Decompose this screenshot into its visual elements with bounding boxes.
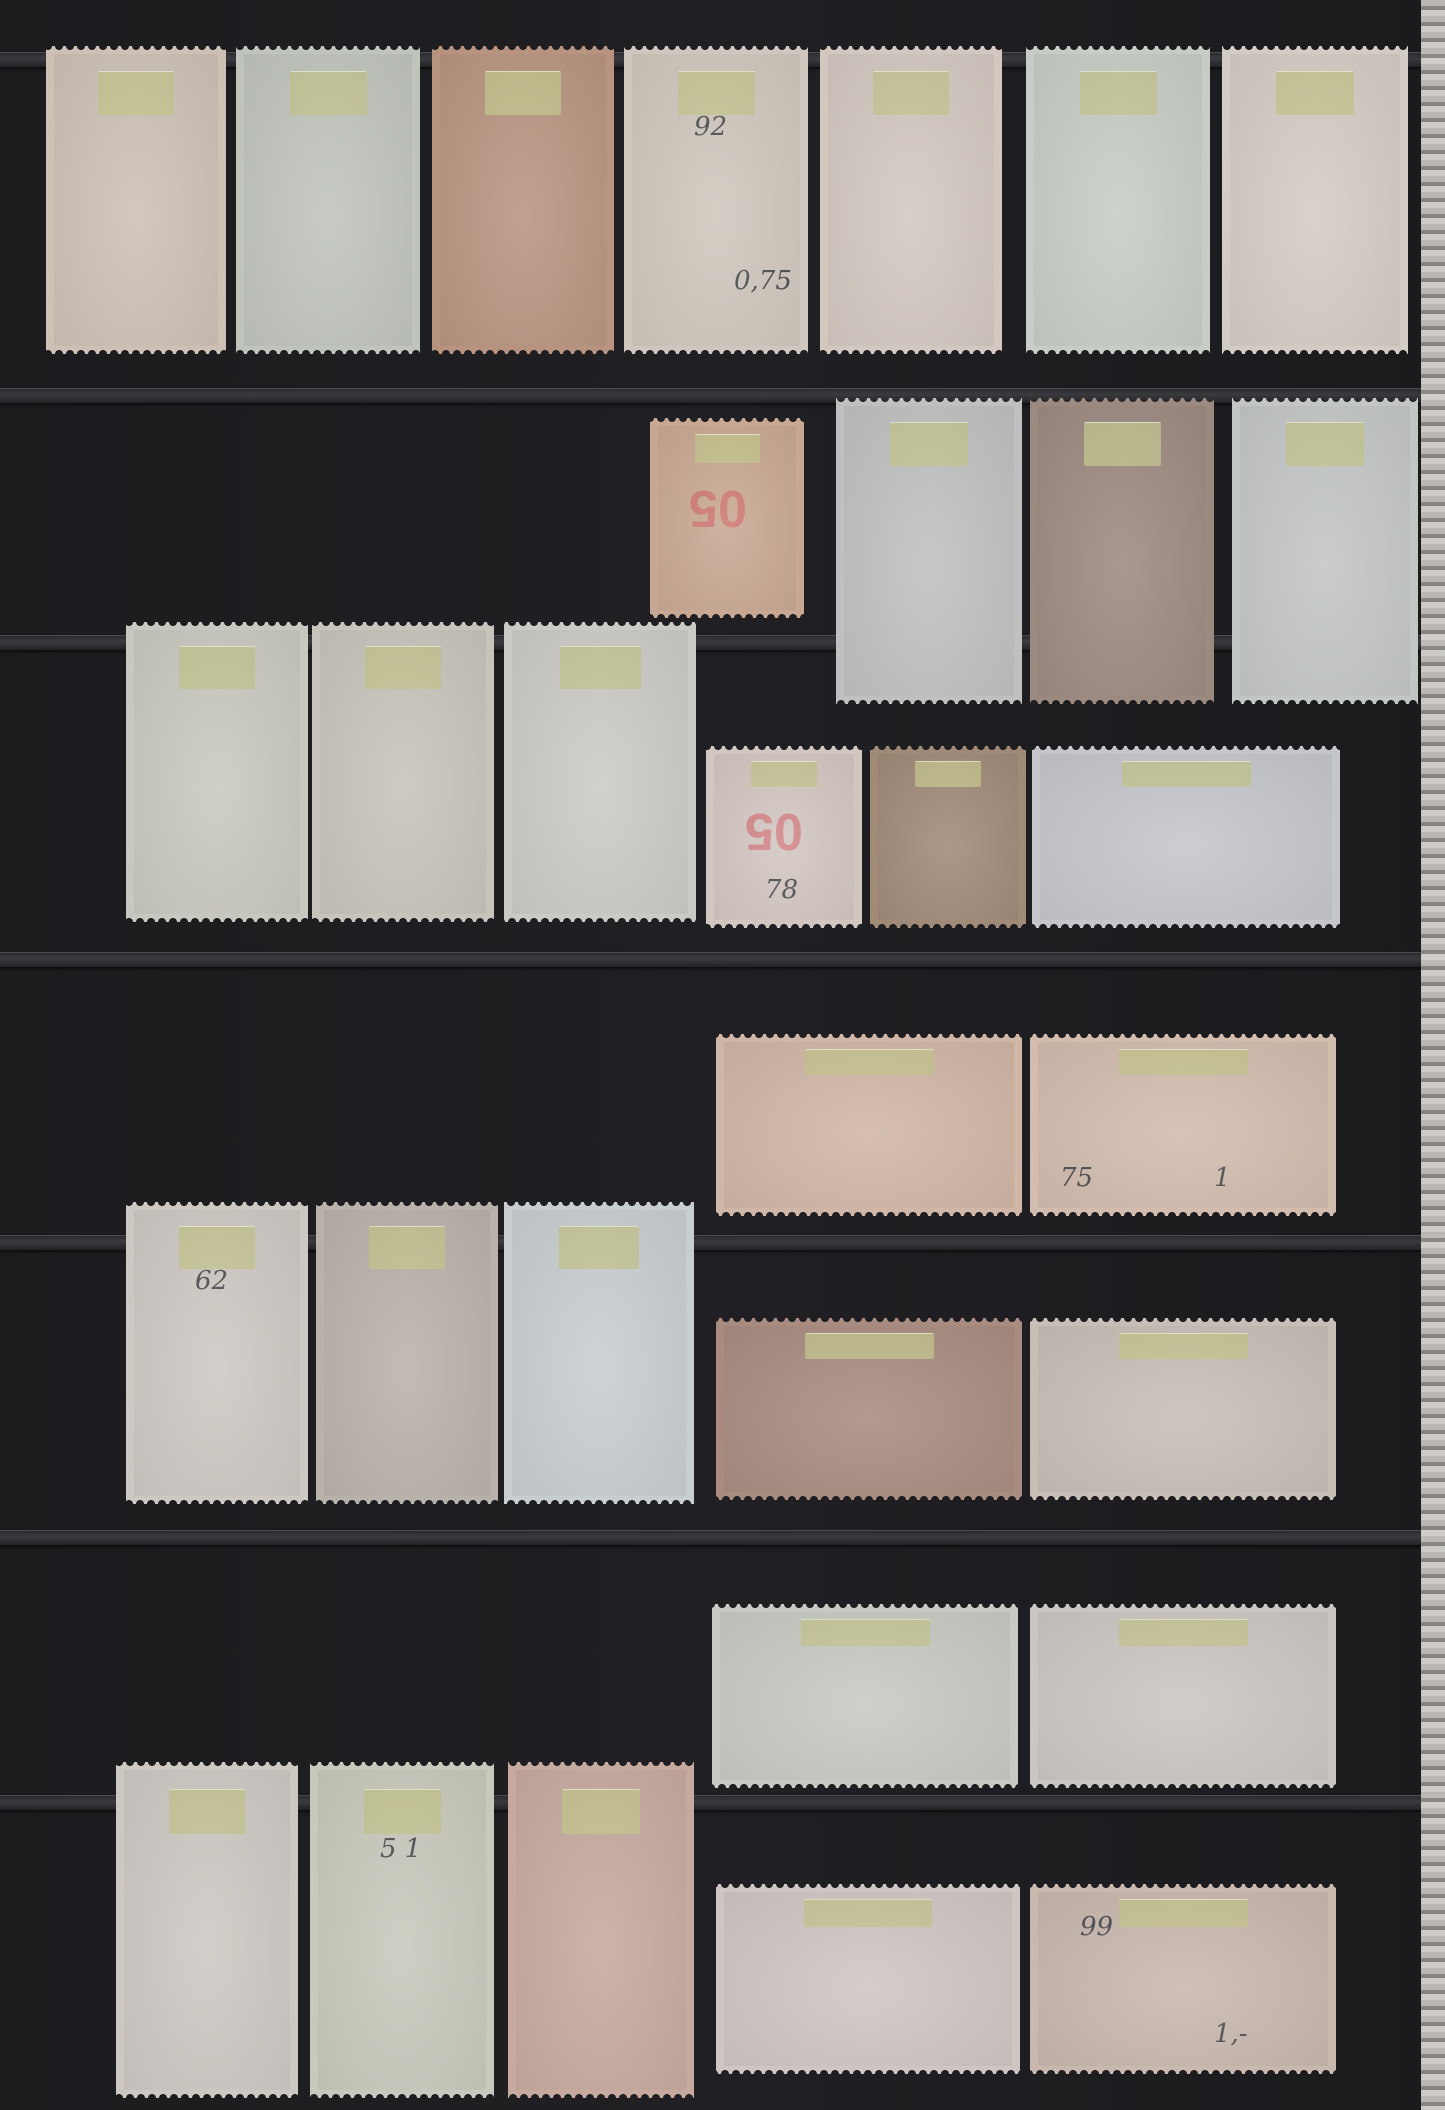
stamp-hinge <box>1122 761 1251 787</box>
stamp-back <box>1030 1318 1336 1500</box>
stamp-back: 0578 <box>706 746 862 928</box>
stamp-back: 62 <box>126 1202 308 1504</box>
stamp-hinge <box>1286 422 1364 466</box>
stamp-hinge <box>1119 1333 1248 1359</box>
stamp-hinge <box>1119 1049 1248 1075</box>
stamp-back: 991,- <box>1030 1884 1336 2074</box>
stamp-hinge <box>290 71 367 115</box>
stamp-back <box>716 1034 1022 1216</box>
stamp-hinge <box>1119 1899 1248 1927</box>
stamp-back: 920,75 <box>624 46 808 354</box>
stamp-hinge <box>1084 422 1161 466</box>
binder-edge <box>1421 0 1445 2110</box>
stamp-hinge <box>98 71 174 115</box>
stamp-hinge <box>751 761 817 787</box>
stamp-back <box>1026 46 1210 354</box>
stamp-hinge <box>179 646 255 689</box>
stamp-hinge <box>678 71 755 115</box>
stamp-hinge <box>1080 71 1157 115</box>
stamp-back <box>504 622 696 922</box>
stamp-back <box>46 46 226 354</box>
stamp-back <box>1222 46 1408 354</box>
stamp-back <box>432 46 614 354</box>
stamp-back: 05 <box>650 418 804 618</box>
stamp-hinge <box>873 71 949 115</box>
stamp-back <box>236 46 420 354</box>
stamp-hinge <box>179 1226 255 1269</box>
stamp-hinge <box>1119 1619 1248 1646</box>
stamp-back <box>508 1762 694 2098</box>
stamp-back <box>504 1202 694 1504</box>
stamp-hinge <box>801 1619 930 1646</box>
stamp-hinge <box>169 1789 245 1834</box>
stamp-hinge <box>485 71 561 115</box>
pencil-note: 0,75 <box>734 268 792 294</box>
stamp-back <box>716 1884 1020 2074</box>
stamp-back: 5 1 <box>310 1762 494 2098</box>
stamp-back <box>870 746 1026 928</box>
stamp-hinge <box>695 434 760 463</box>
pencil-note: 5 1 <box>380 1836 421 1862</box>
pencil-note: 62 <box>195 1268 228 1294</box>
stamp-hinge <box>804 1899 932 1927</box>
clear-strip <box>0 1530 1445 1545</box>
stamp-hinge <box>915 761 981 787</box>
stamp-back <box>1030 398 1214 704</box>
pencil-note: 75 <box>1060 1165 1093 1191</box>
surcharge-overprint: 05 <box>745 801 803 861</box>
stamp-back <box>836 398 1022 704</box>
stamp-back <box>712 1604 1018 1788</box>
stamp-hinge <box>559 1226 639 1269</box>
stamp-back <box>1030 1604 1336 1788</box>
stock-page: 920,75050578751625 1991,- <box>0 0 1445 2110</box>
clear-strip <box>0 388 1445 403</box>
pencil-note: 78 <box>765 877 798 903</box>
clear-strip <box>0 952 1445 967</box>
stamp-back <box>116 1762 298 2098</box>
stamp-hinge <box>1276 71 1354 115</box>
stamp-back <box>820 46 1002 354</box>
stamp-back <box>716 1318 1022 1500</box>
pencil-note: 1 <box>1214 1165 1231 1191</box>
pencil-note: 92 <box>694 114 727 140</box>
pencil-note: 1,- <box>1214 2021 1248 2047</box>
stamp-back <box>312 622 494 922</box>
stamp-hinge <box>805 1333 934 1359</box>
stamp-hinge <box>890 422 968 466</box>
stamp-back <box>1032 746 1340 928</box>
stamp-back <box>316 1202 498 1504</box>
stamp-hinge <box>364 1789 441 1834</box>
stamp-back <box>126 622 308 922</box>
surcharge-overprint: 05 <box>689 478 747 538</box>
stamp-hinge <box>365 646 441 689</box>
stamp-back: 751 <box>1030 1034 1336 1216</box>
stamp-hinge <box>369 1226 445 1269</box>
stamp-hinge <box>562 1789 640 1834</box>
stamp-hinge <box>805 1049 934 1075</box>
stamp-back <box>1232 398 1418 704</box>
stamp-hinge <box>560 646 641 689</box>
pencil-note: 99 <box>1080 1914 1113 1940</box>
